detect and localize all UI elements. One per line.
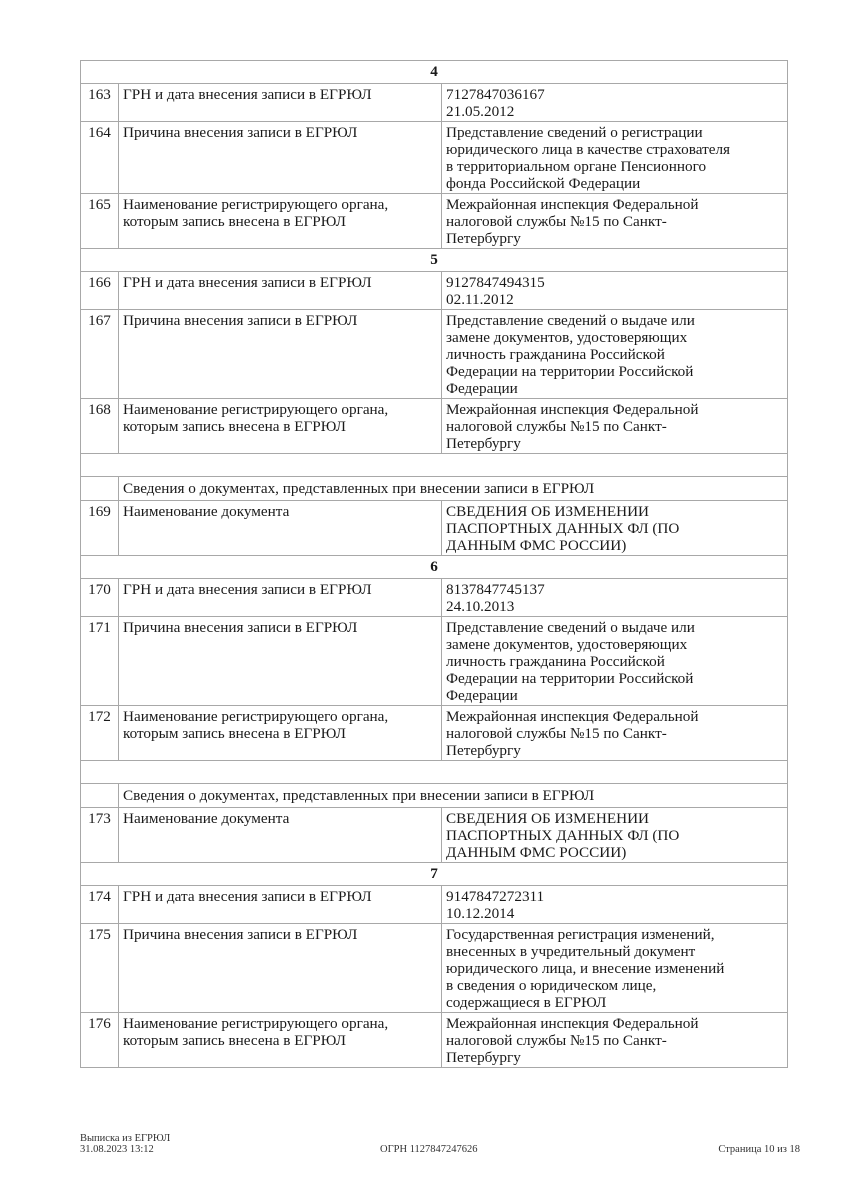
- cell-line: 9147847272311: [446, 888, 783, 905]
- row-number: 176: [81, 1013, 119, 1068]
- field-name: Причина внесения записи в ЕГРЮЛ: [119, 122, 442, 194]
- cell-line: Федерации на территории Российской: [446, 670, 783, 687]
- field-value: 712784703616721.05.2012: [442, 84, 788, 122]
- spacer-cell: [81, 761, 788, 784]
- field-name: Наименование регистрирующего органа,кото…: [119, 1013, 442, 1068]
- cell-line: налоговой службы №15 по Санкт-: [446, 1032, 783, 1049]
- cell-line: Наименование регистрирующего органа,: [123, 196, 437, 213]
- field-name: Наименование регистрирующего органа,кото…: [119, 399, 442, 454]
- cell-line: Наименование документа: [123, 503, 437, 520]
- cell-line: 02.11.2012: [446, 291, 783, 308]
- cell-line: 21.05.2012: [446, 103, 783, 120]
- section-row: 7: [81, 863, 788, 886]
- cell-line: которым запись внесена в ЕГРЮЛ: [123, 725, 437, 742]
- row-number: 175: [81, 924, 119, 1013]
- cell-line: налоговой службы №15 по Санкт-: [446, 213, 783, 230]
- cell-line: Межрайонная инспекция Федеральной: [446, 1015, 783, 1032]
- table-row: 175Причина внесения записи в ЕГРЮЛГосуда…: [81, 924, 788, 1013]
- field-value: Межрайонная инспекция Федеральнойналогов…: [442, 399, 788, 454]
- cell-line: ПАСПОРТНЫХ ДАННЫХ ФЛ (ПО: [446, 520, 783, 537]
- cell-line: Причина внесения записи в ЕГРЮЛ: [123, 619, 437, 636]
- field-name: Причина внесения записи в ЕГРЮЛ: [119, 310, 442, 399]
- table-row: 164Причина внесения записи в ЕГРЮЛПредст…: [81, 122, 788, 194]
- table-row: 169Наименование документаСВЕДЕНИЯ ОБ ИЗМ…: [81, 501, 788, 556]
- field-value: СВЕДЕНИЯ ОБ ИЗМЕНЕНИИПАСПОРТНЫХ ДАННЫХ Ф…: [442, 501, 788, 556]
- field-value: Межрайонная инспекция Федеральнойналогов…: [442, 706, 788, 761]
- cell-line: личность гражданина Российской: [446, 346, 783, 363]
- field-value: 912784749431502.11.2012: [442, 272, 788, 310]
- cell-line: Межрайонная инспекция Федеральной: [446, 401, 783, 418]
- cell-line: СВЕДЕНИЯ ОБ ИЗМЕНЕНИИ: [446, 503, 783, 520]
- footer-doc-title: Выписка из ЕГРЮЛ: [80, 1133, 170, 1144]
- cell-line: Представление сведений о выдаче или: [446, 312, 783, 329]
- cell-line: в сведения о юридическом лице,: [446, 977, 783, 994]
- cell-line: Межрайонная инспекция Федеральной: [446, 708, 783, 725]
- cell-line: Причина внесения записи в ЕГРЮЛ: [123, 124, 437, 141]
- table-row: 168Наименование регистрирующего органа,к…: [81, 399, 788, 454]
- field-value: 813784774513724.10.2013: [442, 579, 788, 617]
- cell-line: налоговой службы №15 по Санкт-: [446, 725, 783, 742]
- cell-line: ДАННЫМ ФМС РОССИИ): [446, 537, 783, 554]
- cell-line: замене документов, удостоверяющих: [446, 329, 783, 346]
- row-number: 174: [81, 886, 119, 924]
- cell-line: Представление сведений о регистрации: [446, 124, 783, 141]
- field-name: Причина внесения записи в ЕГРЮЛ: [119, 617, 442, 706]
- egrul-records-table: 4163ГРН и дата внесения записи в ЕГРЮЛ71…: [80, 60, 788, 1068]
- cell-line: Федерации на территории Российской: [446, 363, 783, 380]
- cell-line: ГРН и дата внесения записи в ЕГРЮЛ: [123, 581, 437, 598]
- table-row: 176Наименование регистрирующего органа,к…: [81, 1013, 788, 1068]
- row-number: 173: [81, 808, 119, 863]
- footer-ogrn: ОГРН 1127847247626: [380, 1144, 478, 1155]
- table-row: 165Наименование регистрирующего органа,к…: [81, 194, 788, 249]
- cell-line: Государственная регистрация изменений,: [446, 926, 783, 943]
- table-row: 166ГРН и дата внесения записи в ЕГРЮЛ912…: [81, 272, 788, 310]
- row-number: 171: [81, 617, 119, 706]
- field-name: ГРН и дата внесения записи в ЕГРЮЛ: [119, 84, 442, 122]
- section-number: 4: [81, 61, 788, 84]
- cell-line: ДАННЫМ ФМС РОССИИ): [446, 844, 783, 861]
- field-name: Наименование регистрирующего органа,кото…: [119, 194, 442, 249]
- field-value: Представление сведений о выдаче илизамен…: [442, 310, 788, 399]
- cell-line: личность гражданина Российской: [446, 653, 783, 670]
- row-number: 168: [81, 399, 119, 454]
- footer-page-number: Страница 10 из 18: [718, 1144, 800, 1155]
- cell-line: Петербургу: [446, 742, 783, 759]
- documents-header-row: Сведения о документах, представленных пр…: [81, 784, 788, 808]
- cell-line: которым запись внесена в ЕГРЮЛ: [123, 213, 437, 230]
- empty-number-cell: [81, 477, 119, 501]
- cell-line: 24.10.2013: [446, 598, 783, 615]
- row-number: 167: [81, 310, 119, 399]
- records-table-body: 4163ГРН и дата внесения записи в ЕГРЮЛ71…: [81, 61, 788, 1068]
- cell-line: юридического лица в качестве страховател…: [446, 141, 783, 158]
- cell-line: Федерации: [446, 687, 783, 704]
- cell-line: ПАСПОРТНЫХ ДАННЫХ ФЛ (ПО: [446, 827, 783, 844]
- footer-datetime: 31.08.2023 13:12: [80, 1144, 170, 1155]
- field-value: Государственная регистрация изменений,вн…: [442, 924, 788, 1013]
- row-number: 169: [81, 501, 119, 556]
- cell-line: Межрайонная инспекция Федеральной: [446, 196, 783, 213]
- cell-line: Петербургу: [446, 435, 783, 452]
- cell-line: в территориальном органе Пенсионного: [446, 158, 783, 175]
- cell-line: 8137847745137: [446, 581, 783, 598]
- spacer-row: [81, 454, 788, 477]
- cell-line: Причина внесения записи в ЕГРЮЛ: [123, 926, 437, 943]
- section-row: 4: [81, 61, 788, 84]
- row-number: 166: [81, 272, 119, 310]
- section-number: 5: [81, 249, 788, 272]
- cell-line: ГРН и дата внесения записи в ЕГРЮЛ: [123, 86, 437, 103]
- cell-line: которым запись внесена в ЕГРЮЛ: [123, 1032, 437, 1049]
- table-row: 170ГРН и дата внесения записи в ЕГРЮЛ813…: [81, 579, 788, 617]
- table-row: 172Наименование регистрирующего органа,к…: [81, 706, 788, 761]
- cell-line: Наименование регистрирующего органа,: [123, 401, 437, 418]
- cell-line: Федерации: [446, 380, 783, 397]
- table-row: 174ГРН и дата внесения записи в ЕГРЮЛ914…: [81, 886, 788, 924]
- field-name: ГРН и дата внесения записи в ЕГРЮЛ: [119, 886, 442, 924]
- cell-line: Наименование документа: [123, 810, 437, 827]
- cell-line: налоговой службы №15 по Санкт-: [446, 418, 783, 435]
- cell-line: Наименование регистрирующего органа,: [123, 708, 437, 725]
- field-value: 914784727231110.12.2014: [442, 886, 788, 924]
- cell-line: 10.12.2014: [446, 905, 783, 922]
- footer-left: Выписка из ЕГРЮЛ 31.08.2023 13:12: [80, 1133, 170, 1155]
- field-value: Межрайонная инспекция Федеральнойналогов…: [442, 1013, 788, 1068]
- field-value: Представление сведений о выдаче илизамен…: [442, 617, 788, 706]
- cell-line: Представление сведений о выдаче или: [446, 619, 783, 636]
- cell-line: замене документов, удостоверяющих: [446, 636, 783, 653]
- row-number: 163: [81, 84, 119, 122]
- table-row: 167Причина внесения записи в ЕГРЮЛПредст…: [81, 310, 788, 399]
- cell-line: внесенных в учредительный документ: [446, 943, 783, 960]
- field-value: Представление сведений о регистрацииюрид…: [442, 122, 788, 194]
- section-row: 6: [81, 556, 788, 579]
- documents-header: Сведения о документах, представленных пр…: [119, 784, 788, 808]
- field-name: Наименование документа: [119, 501, 442, 556]
- cell-line: ГРН и дата внесения записи в ЕГРЮЛ: [123, 888, 437, 905]
- field-name: Наименование документа: [119, 808, 442, 863]
- row-number: 170: [81, 579, 119, 617]
- cell-line: фонда Российской Федерации: [446, 175, 783, 192]
- cell-line: СВЕДЕНИЯ ОБ ИЗМЕНЕНИИ: [446, 810, 783, 827]
- row-number: 164: [81, 122, 119, 194]
- cell-line: которым запись внесена в ЕГРЮЛ: [123, 418, 437, 435]
- cell-line: Причина внесения записи в ЕГРЮЛ: [123, 312, 437, 329]
- cell-line: Петербургу: [446, 1049, 783, 1066]
- documents-header-row: Сведения о документах, представленных пр…: [81, 477, 788, 501]
- row-number: 172: [81, 706, 119, 761]
- table-row: 163ГРН и дата внесения записи в ЕГРЮЛ712…: [81, 84, 788, 122]
- table-row: 173Наименование документаСВЕДЕНИЯ ОБ ИЗМ…: [81, 808, 788, 863]
- spacer-row: [81, 761, 788, 784]
- field-value: СВЕДЕНИЯ ОБ ИЗМЕНЕНИИПАСПОРТНЫХ ДАННЫХ Ф…: [442, 808, 788, 863]
- cell-line: Наименование регистрирующего органа,: [123, 1015, 437, 1032]
- cell-line: юридического лица, и внесение изменений: [446, 960, 783, 977]
- cell-line: содержащиеся в ЕГРЮЛ: [446, 994, 783, 1011]
- spacer-cell: [81, 454, 788, 477]
- section-number: 6: [81, 556, 788, 579]
- cell-line: ГРН и дата внесения записи в ЕГРЮЛ: [123, 274, 437, 291]
- cell-line: Петербургу: [446, 230, 783, 247]
- row-number: 165: [81, 194, 119, 249]
- cell-line: 7127847036167: [446, 86, 783, 103]
- empty-number-cell: [81, 784, 119, 808]
- table-row: 171Причина внесения записи в ЕГРЮЛПредст…: [81, 617, 788, 706]
- cell-line: 9127847494315: [446, 274, 783, 291]
- field-name: Причина внесения записи в ЕГРЮЛ: [119, 924, 442, 1013]
- documents-header: Сведения о документах, представленных пр…: [119, 477, 788, 501]
- section-row: 5: [81, 249, 788, 272]
- field-name: Наименование регистрирующего органа,кото…: [119, 706, 442, 761]
- section-number: 7: [81, 863, 788, 886]
- field-name: ГРН и дата внесения записи в ЕГРЮЛ: [119, 579, 442, 617]
- field-value: Межрайонная инспекция Федеральнойналогов…: [442, 194, 788, 249]
- field-name: ГРН и дата внесения записи в ЕГРЮЛ: [119, 272, 442, 310]
